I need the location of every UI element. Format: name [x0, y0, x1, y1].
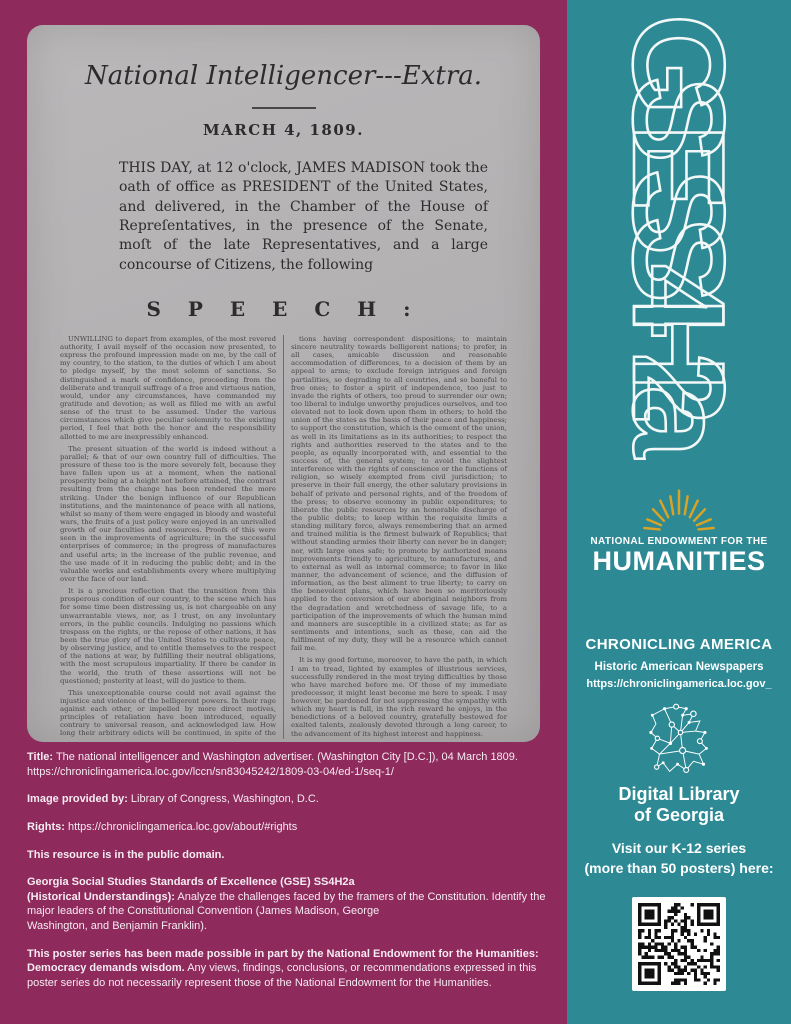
public-domain-note: This resource is in the public domain.: [27, 848, 555, 863]
dlg-line2: of Georgia: [567, 805, 791, 826]
newspaper-intro: THIS DAY, at 12 o'clock, JAMES MADISON t…: [119, 159, 488, 275]
speech-paragraph: This unexceptionable course could not av…: [60, 689, 276, 739]
masthead-rule: [252, 107, 316, 109]
visit-line1: Visit our K-12 series: [567, 838, 791, 858]
provider-text: Library of Congress, Washington, D.C.: [131, 793, 319, 805]
gse-standard: Georgia Social Studies Standards of Exce…: [27, 875, 555, 934]
gse-text-line2: Washington, and Benjamin Franklin).: [27, 920, 207, 932]
speech-paragraph: UNWILLING to depart from examples, of th…: [60, 335, 276, 441]
newspaper-dateline: MARCH 4, 1809.: [27, 121, 540, 139]
speech-paragraph: The present situation of the world is in…: [60, 445, 276, 583]
rights-url[interactable]: https://chroniclingamerica.loc.gov/about…: [68, 821, 297, 833]
speech-column-2: tions having correspondent dispositions;…: [283, 335, 514, 739]
chronicling-subtitle: Historic American Newspapers: [567, 661, 791, 673]
dlg-georgia-logo-icon: [642, 703, 716, 775]
speech-paragraph: tions having correspondent dispositions;…: [291, 335, 507, 652]
dlg-logo-block: Digital Library of Georgia: [567, 703, 791, 825]
speech-columns: UNWILLING to depart from examples, of th…: [53, 335, 514, 739]
chronicling-title: CHRONICLING AMERICA: [567, 636, 791, 653]
speech-paragraph: It is a precious reflection that the tra…: [60, 587, 276, 685]
neh-logo: NATIONAL ENDOWMENT FOR THE HUMANITIES: [567, 487, 791, 575]
credit-rights: Rights: https://chroniclingamerica.loc.g…: [27, 820, 555, 835]
chronicling-url[interactable]: https://chroniclingamerica.loc.gov_: [567, 678, 791, 690]
title-label: Title:: [27, 751, 53, 763]
newspaper-image: National Intelligencer---Extra. MARCH 4,…: [27, 25, 540, 742]
credit-provider: Image provided by: Library of Congress, …: [27, 792, 555, 807]
credits-block: Title: The national intelligencer and Wa…: [27, 750, 555, 1004]
neh-line2: HUMANITIES: [567, 548, 791, 575]
speech-heading: S P E E C H :: [27, 297, 540, 321]
dlg-line1: Digital Library: [567, 784, 791, 805]
visit-line2: (more than 50 posters) here:: [567, 858, 791, 878]
provider-label: Image provided by:: [27, 793, 128, 805]
title-url[interactable]: https://chroniclingamerica.loc.gov/lccn/…: [27, 766, 394, 778]
newspaper-masthead: National Intelligencer---Extra.: [27, 61, 540, 91]
gse-label: (Historical Understandings):: [27, 891, 175, 903]
title-text: The national intelligencer and Washingto…: [56, 751, 518, 763]
speech-column-1: UNWILLING to depart from examples, of th…: [53, 335, 283, 739]
funding-note: This poster series has been made possibl…: [27, 947, 555, 991]
sidebar: GSE SS4H2a NATIONAL ENDOWMENT FOR THE HU…: [567, 0, 791, 1024]
speech-paragraph: It is my good fortune, moreover, to have…: [291, 656, 507, 737]
visit-series-note: Visit our K-12 series (more than 50 post…: [567, 838, 791, 879]
rights-label: Rights:: [27, 821, 65, 833]
gse-heading: Georgia Social Studies Standards of Exce…: [27, 876, 355, 888]
gse-code-vertical: GSE SS4H2a: [614, 14, 744, 419]
chronicling-america-block: CHRONICLING AMERICA Historic American Ne…: [567, 636, 791, 690]
neh-sunburst-icon: [643, 487, 715, 533]
credit-title: Title: The national intelligencer and Wa…: [27, 750, 555, 779]
qr-code[interactable]: [632, 897, 726, 991]
dlg-name: Digital Library of Georgia: [567, 784, 791, 825]
